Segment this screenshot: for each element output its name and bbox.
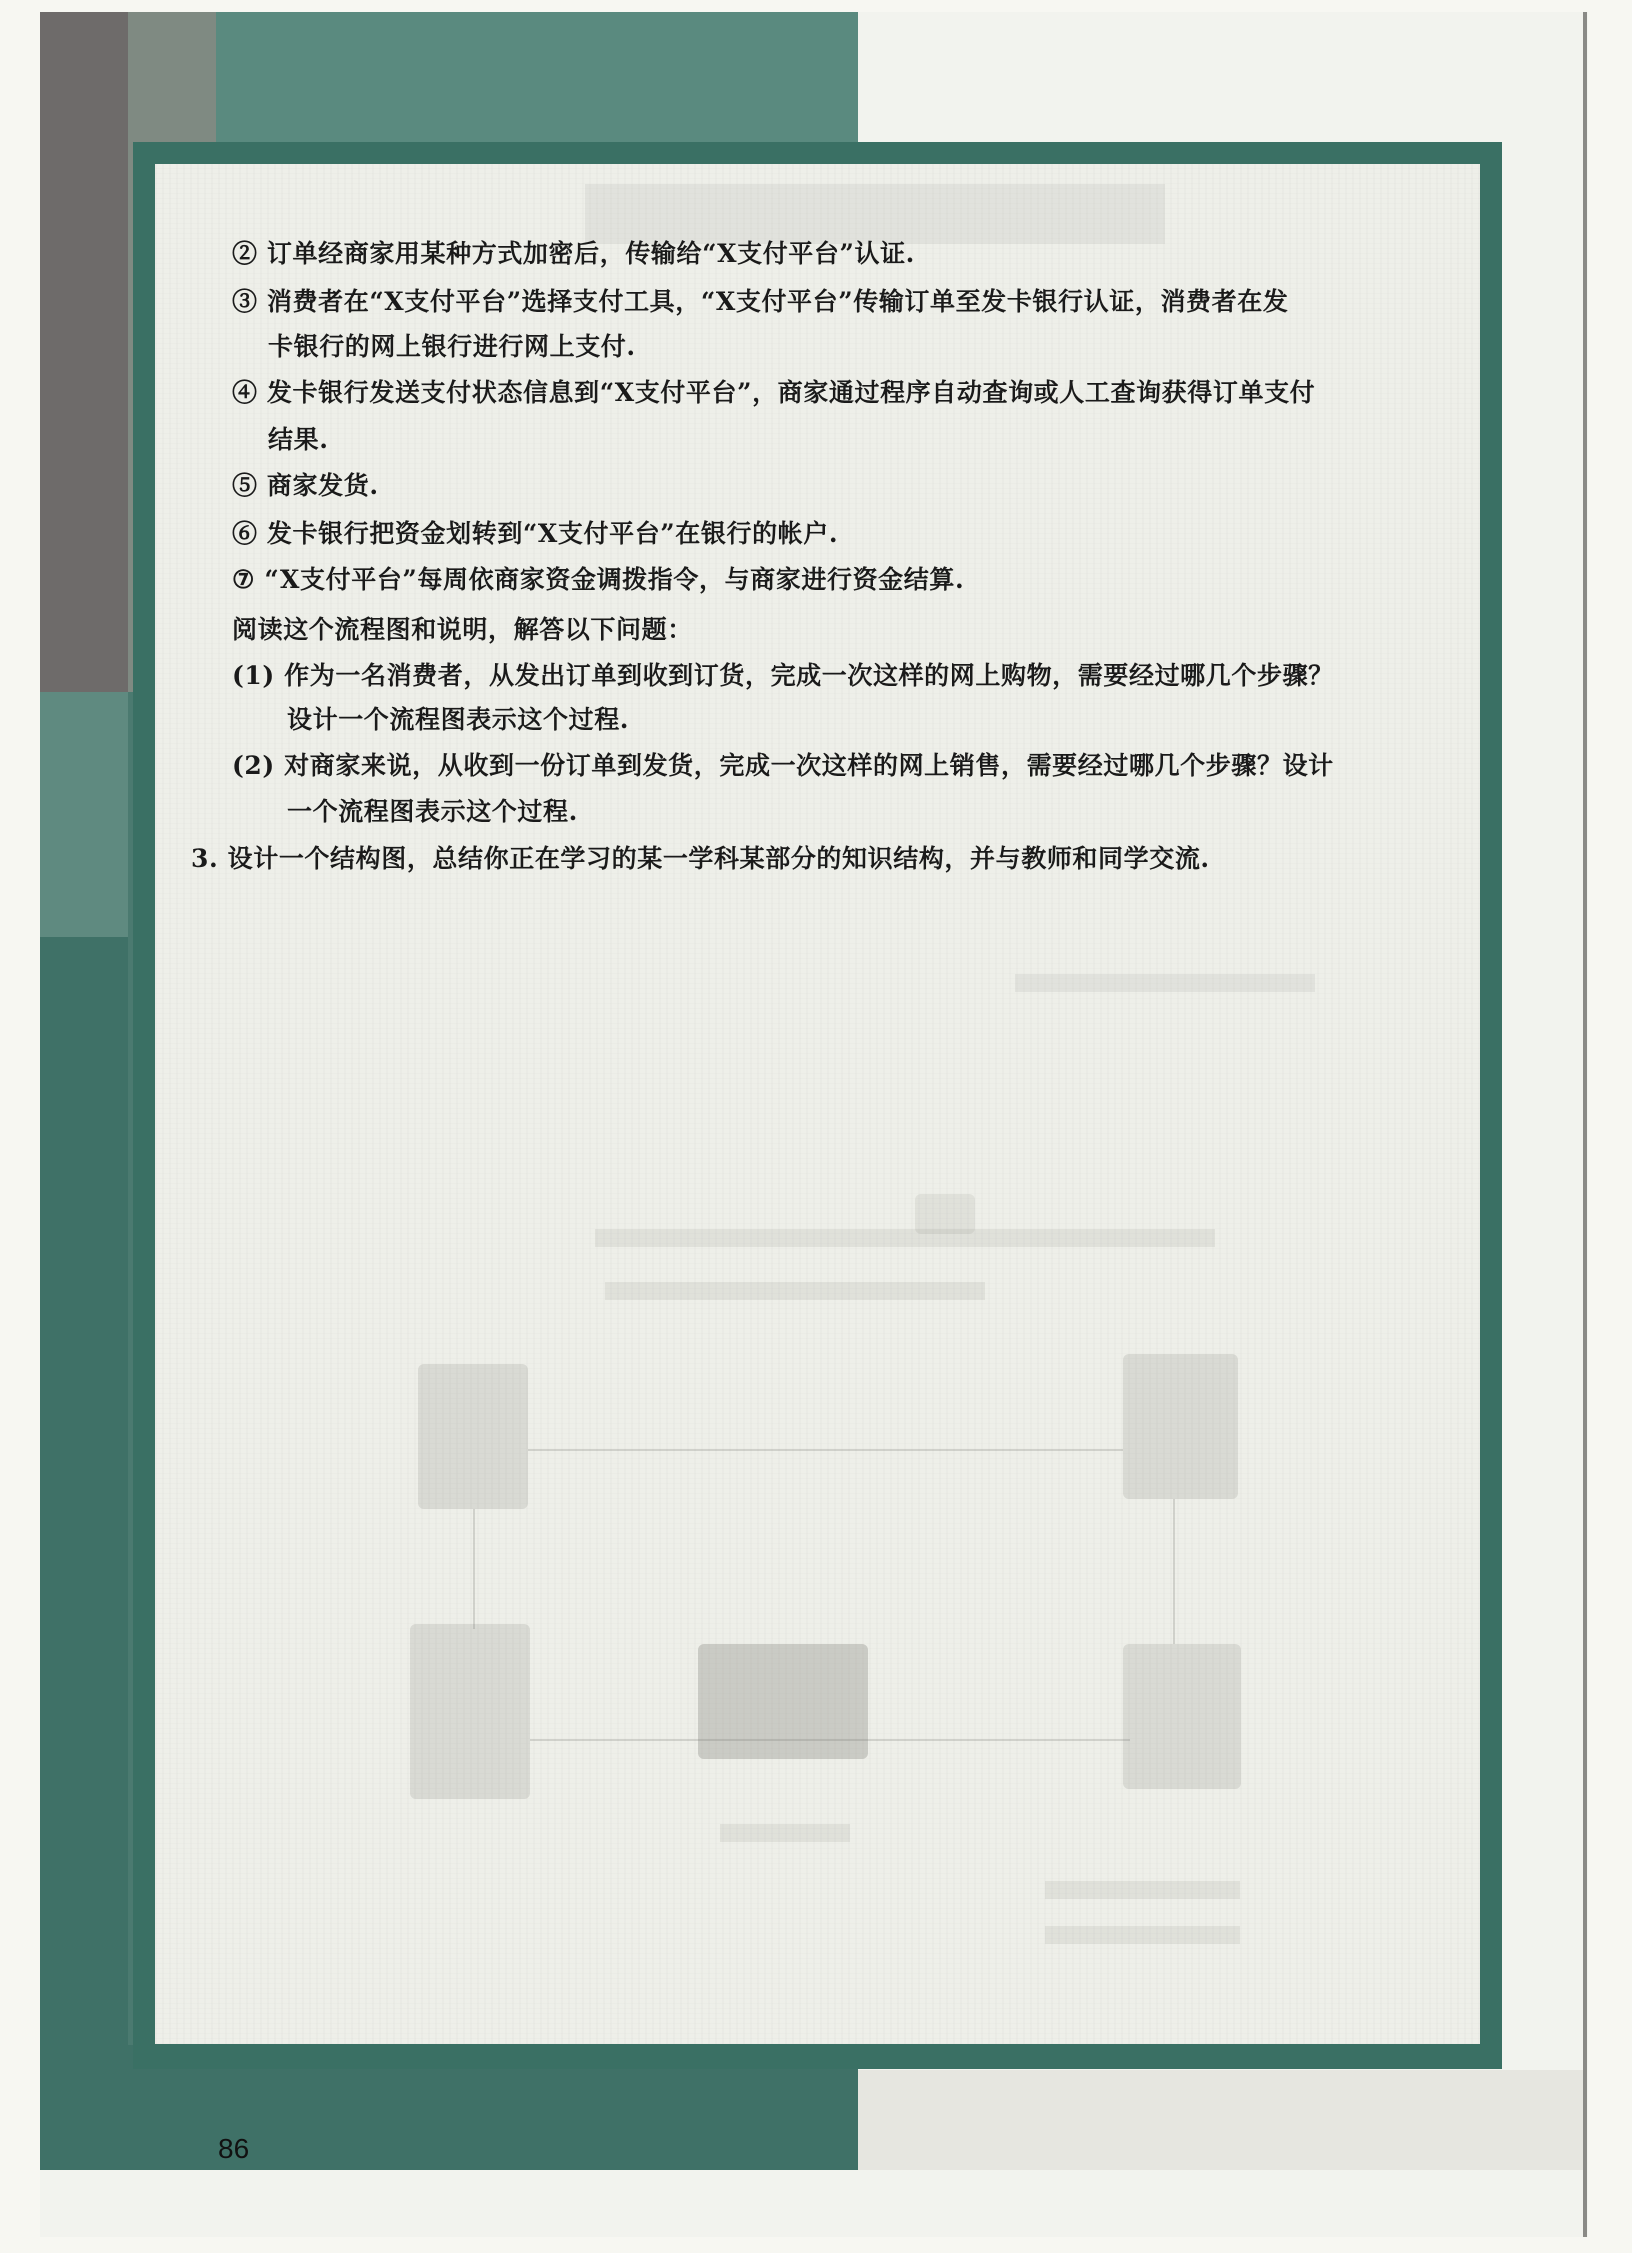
bleed-through-text xyxy=(720,1824,850,1842)
question-2: (2) 对商家来说，从收到一份订单到发货，完成一次这样的网上销售，需要经过哪几个… xyxy=(232,751,1334,781)
step-text: 消费者在“X支付平台”选择支付工具，“X支付平台”传输订单至发卡银行认证，消费者… xyxy=(267,287,1289,316)
step-2: ② 订单经商家用某种方式加密后，传输给“X支付平台”认证. xyxy=(232,239,915,269)
step-marker: ⑥ xyxy=(232,519,258,548)
step-text: 发卡银行发送支付状态信息到“X支付平台”，商家通过程序自动查询或人工查询获得订单… xyxy=(267,378,1315,407)
bleed-through-line xyxy=(528,1449,1123,1451)
step-5: ⑤ 商家发货. xyxy=(232,471,379,501)
step-text: 订单经商家用某种方式加密后，传输给“X支付平台”认证. xyxy=(267,239,915,268)
bleed-through-line xyxy=(530,1739,1130,1741)
margin-band xyxy=(40,937,128,2167)
bleed-through-box xyxy=(698,1644,868,1759)
step-6: ⑥ 发卡银行把资金划转到“X支付平台”在银行的帐户. xyxy=(232,519,838,549)
step-marker: ④ xyxy=(232,378,258,407)
page-edge xyxy=(1583,12,1587,2237)
page-number: 86 xyxy=(218,2133,249,2165)
bleed-through-text xyxy=(1015,974,1315,992)
step-text: “X支付平台”每周依商家资金调拨指令，与商家进行资金结算. xyxy=(264,565,964,594)
step-marker: ③ xyxy=(232,287,258,316)
question-1: (1) 作为一名消费者，从发出订单到收到订货，完成一次这样的网上购物，需要经过哪… xyxy=(232,661,1334,691)
question-1-continued: 设计一个流程图表示这个过程. xyxy=(287,705,629,735)
margin-band xyxy=(40,12,128,692)
bleed-through-text xyxy=(605,1282,985,1300)
bleed-through-box xyxy=(1123,1644,1241,1789)
question-text: 对商家来说，从收到一份订单到发货，完成一次这样的网上销售，需要经过哪几个步骤？设… xyxy=(284,751,1334,780)
step-text: 商家发货. xyxy=(267,471,379,500)
step-7: ⑦ “X支付平台”每周依商家资金调拨指令，与商家进行资金结算. xyxy=(232,565,964,595)
step-marker: ⑦ xyxy=(232,565,255,594)
exercise-text: 设计一个结构图，总结你正在学习的某一学科某部分的知识结构，并与教师和同学交流. xyxy=(228,844,1210,873)
bleed-through-box xyxy=(410,1624,530,1799)
bleed-through-text xyxy=(1045,1881,1240,1899)
exercise-3: 3. 设计一个结构图，总结你正在学习的某一学科某部分的知识结构，并与教师和同学交… xyxy=(191,844,1210,874)
bleed-through-mark xyxy=(915,1194,975,1234)
bleed-through-box xyxy=(418,1364,528,1509)
question-2-continued: 一个流程图表示这个过程. xyxy=(287,797,578,827)
step-3-continued: 卡银行的网上银行进行网上支付. xyxy=(268,332,636,362)
bleed-through-text xyxy=(595,1229,1215,1247)
bleed-through-line xyxy=(1173,1499,1175,1644)
instruction: 阅读这个流程图和说明，解答以下问题： xyxy=(232,615,693,645)
step-marker: ② xyxy=(232,239,258,268)
step-marker: ⑤ xyxy=(232,471,258,500)
bleed-through-line xyxy=(473,1509,475,1629)
bleed-through-box xyxy=(1123,1354,1238,1499)
question-marker: (2) xyxy=(232,751,275,780)
bleed-through-text xyxy=(1045,1926,1240,1944)
step-3: ③ 消费者在“X支付平台”选择支付工具，“X支付平台”传输订单至发卡银行认证，消… xyxy=(232,287,1288,317)
header-band xyxy=(216,12,858,147)
paper-background xyxy=(858,2070,1583,2170)
bleed-through-header xyxy=(585,184,1165,244)
question-text: 作为一名消费者，从发出订单到收到订货，完成一次这样的网上购物，需要经过哪几个步骤… xyxy=(284,661,1334,690)
question-marker: (1) xyxy=(232,661,275,690)
step-text: 发卡银行把资金划转到“X支付平台”在银行的帐户. xyxy=(267,519,838,548)
step-4-continued: 结果. xyxy=(268,425,329,455)
content-panel xyxy=(155,164,1480,2044)
exercise-marker: 3. xyxy=(191,844,218,873)
step-4: ④ 发卡银行发送支付状态信息到“X支付平台”，商家通过程序自动查询或人工查询获得… xyxy=(232,378,1315,408)
margin-band xyxy=(40,692,128,937)
